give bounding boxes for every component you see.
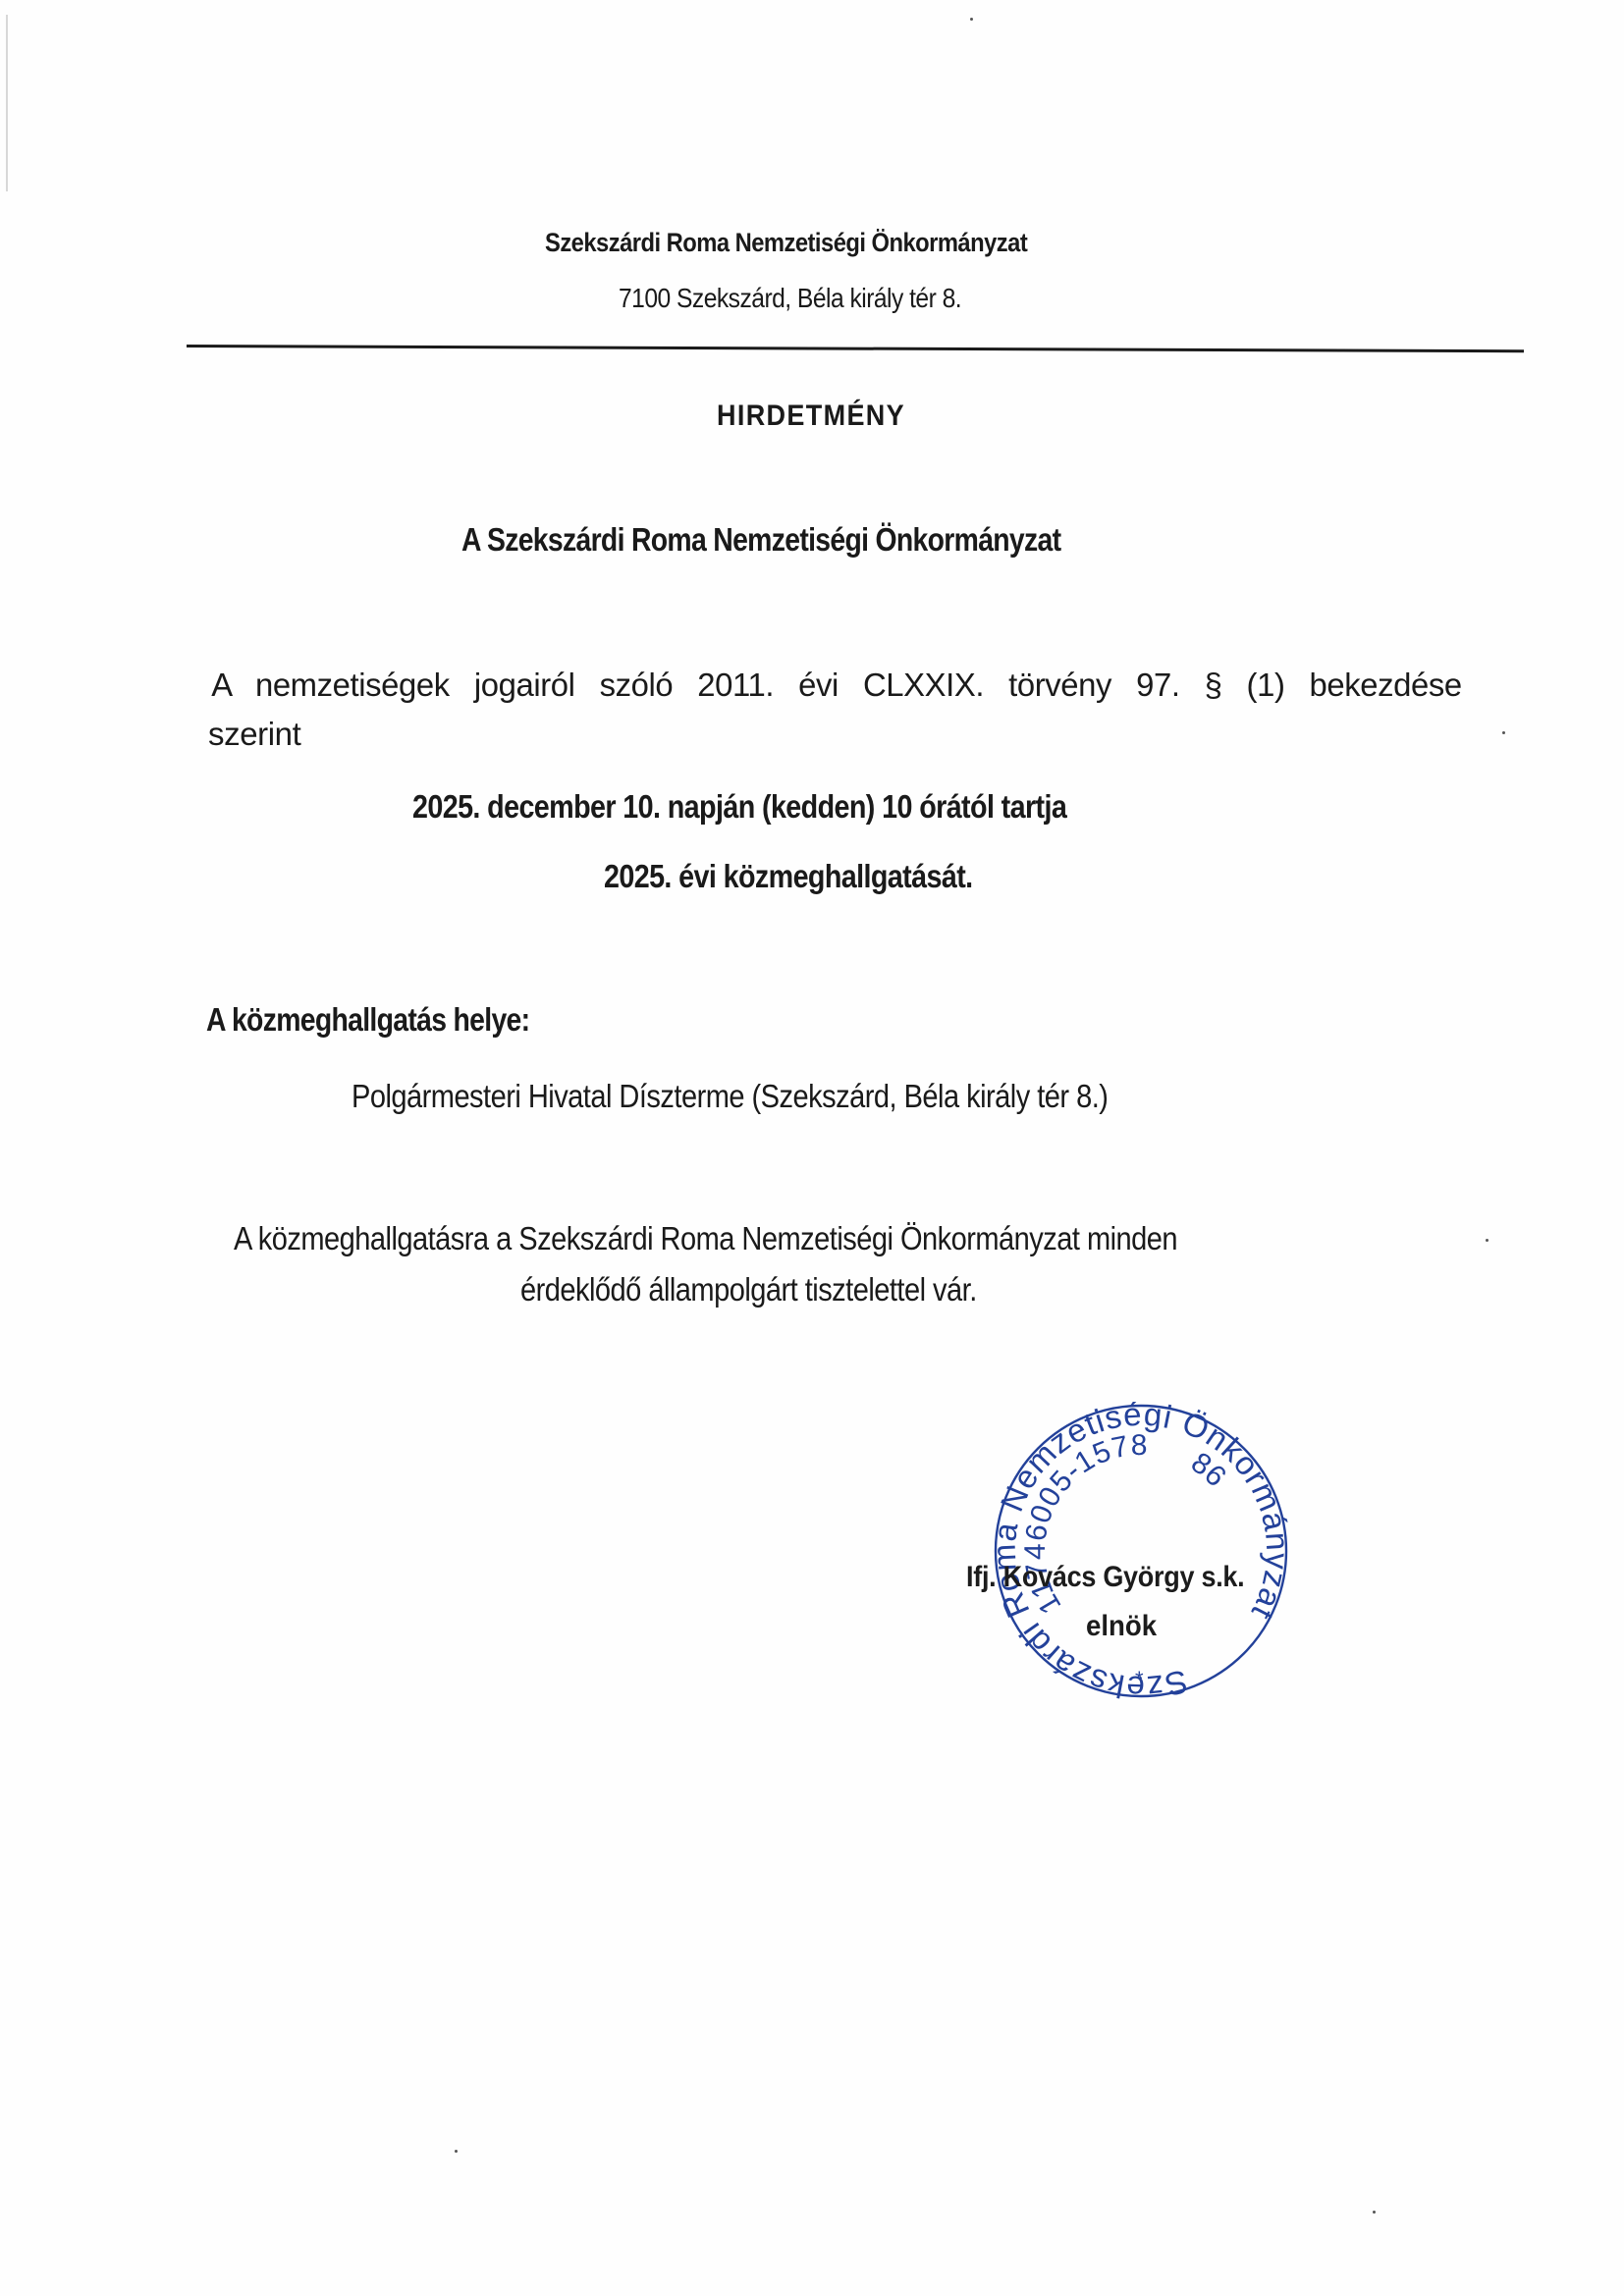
event-name: 2025. évi közmeghallgatását. <box>604 858 973 895</box>
legal-basis-paragraph: A nemzetiségek jogairól szóló 2011. évi … <box>208 661 1465 759</box>
document-page: Szekszárdi Roma Nemzetiségi Önkormányzat… <box>0 0 1624 2296</box>
legal-basis-line-2: szerint <box>208 710 1465 759</box>
letterhead-organization: Szekszárdi Roma Nemzetiségi Önkormányzat <box>545 228 1027 258</box>
document-subtitle: A Szekszárdi Roma Nemzetiségi Önkormányz… <box>461 521 1060 559</box>
official-stamp: Szekszárdi Roma Nemzetiségi Önkormányzat… <box>992 1402 1290 1700</box>
document-title: HIRDETMÉNY <box>717 400 905 433</box>
scan-edge-line <box>6 15 8 191</box>
scan-speck <box>455 2150 458 2153</box>
legal-basis-line-1: A nemzetiségek jogairól szóló 2011. évi … <box>211 661 1462 710</box>
event-date: 2025. december 10. napján (kedden) 10 ór… <box>412 788 1066 826</box>
letterhead-divider <box>187 345 1524 352</box>
venue-value: Polgármesteri Hivatal Díszterme (Szekszá… <box>352 1078 1108 1115</box>
venue-label: A közmeghallgatás helye: <box>206 1001 529 1039</box>
signatory-role: elnök <box>1086 1610 1157 1643</box>
letterhead-address: 7100 Szekszárd, Béla király tér 8. <box>619 283 961 314</box>
scan-speck <box>1486 1239 1489 1242</box>
invitation-line-1: A közmeghallgatásra a Szekszárdi Roma Ne… <box>234 1220 1177 1257</box>
stamp-star-icon: * <box>1135 1667 1144 1691</box>
invitation-line-2: érdeklődő állampolgárt tisztelettel vár. <box>520 1271 977 1308</box>
scan-speck <box>970 18 973 21</box>
signatory-name: Ifj. Kovács György s.k. <box>966 1561 1244 1594</box>
scan-speck <box>1502 731 1505 734</box>
stamp-seal-icon: Szekszárdi Roma Nemzetiségi Önkormányzat… <box>992 1402 1290 1700</box>
scan-speck <box>1373 2211 1376 2214</box>
